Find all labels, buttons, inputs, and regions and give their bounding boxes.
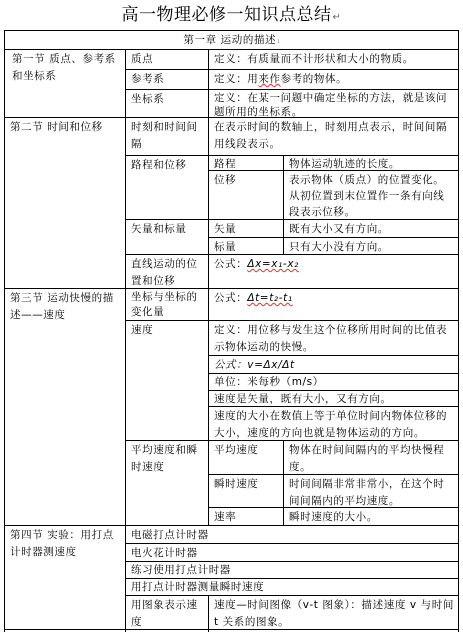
document-title: 高一物理必修一知识点总结↵ (0, 4, 463, 29)
experiment-item[interactable]: 电火花计时器 (125, 543, 459, 562)
section-label-1[interactable]: 第一节 质点、参考系和坐标系 (4, 49, 126, 118)
topic-cell[interactable]: 质点 (125, 49, 209, 70)
formula: Δt=t₂-t₁ (247, 292, 292, 304)
chapter-heading[interactable]: 第一章 运动的描述₁ (4, 30, 459, 50)
experiment-item[interactable]: 用打点计时器测量瞬时速度 (125, 578, 459, 596)
content-cell[interactable]: 定义：有质量而不计形状和大小的物质。 (208, 49, 459, 70)
formula: 公式：v=Δx/Δt (214, 359, 295, 371)
section-label-3[interactable]: 第三节 运动快慢的描述——速度 (4, 288, 126, 526)
knowledge-table: 第一章 运动的描述₁ 第一节 质点、参考系和坐标系 质点 定义：有质量而不计形状… (4, 30, 459, 632)
section-label-2[interactable]: 第二节 时间和位移 (4, 117, 126, 289)
topic-cell[interactable]: 参考系 (125, 69, 209, 90)
content-cell[interactable]: 只有大小没有方向。 (283, 237, 459, 255)
term-cell[interactable]: 标量 (208, 237, 284, 255)
formula-cell[interactable]: 公式：Δx=x₁-x₂ (208, 254, 459, 289)
experiment-item[interactable]: 练习使用打点计时器 (125, 561, 459, 579)
term-cell[interactable]: 矢量 (208, 219, 284, 238)
term-cell[interactable]: 速率 (208, 507, 284, 526)
topic-cell[interactable]: 直线运动的位置和位移 (125, 254, 209, 289)
content-cell[interactable]: 定义：用位移与发生这个位移所用时间的比值表示物体运动的快慢。 (208, 320, 459, 356)
content-cell[interactable]: 物体运动轨迹的长度。 (283, 155, 459, 171)
content-cell[interactable]: 单位：米每秒（m/s） (208, 373, 459, 391)
content-cell[interactable]: 定义：在某一问题中确定坐标的方法，就是该问题所用的坐标系。 (208, 89, 459, 118)
formula: Δx=x₁-x₂ (247, 258, 299, 270)
spellcheck-underline: 来作 (258, 73, 280, 85)
term-cell[interactable]: 瞬时速度 (208, 474, 284, 508)
topic-cell[interactable]: 速度 (125, 320, 209, 441)
topic-cell[interactable]: 用图象表示速度 (125, 595, 209, 630)
formula-cell[interactable]: 公式：v=Δx/Δt (208, 355, 459, 374)
content-cell[interactable]: 速度的大小在数值上等于单位时间内物体位移的大小，速度的方向也就是物体运动的方向。 (208, 406, 459, 441)
content-cell[interactable]: 既有大小又有方向。 (283, 219, 459, 238)
term-cell[interactable]: 位移 (208, 170, 284, 220)
formula-cell[interactable]: 公式：Δt=t₂-t₁ (208, 288, 459, 321)
experiment-item[interactable]: 电磁打点计时器 (125, 525, 459, 544)
term-cell[interactable]: 平均速度 (208, 440, 284, 475)
topic-cell[interactable]: 坐标系 (125, 89, 209, 118)
content-cell[interactable]: 速度—时间图像（v-t 图象）：描述速度 v 与时间 t 关系的图象。 (208, 595, 459, 630)
content-cell[interactable]: 时间间隔非常非常小，在这个时间间隔内的平均速度。 (283, 474, 459, 508)
section-label-4[interactable]: 第四节 实验：用打点计时器测速度 (4, 525, 126, 630)
topic-cell[interactable]: 时刻和时间间隔 (125, 117, 209, 156)
topic-cell[interactable]: 平均速度和瞬时速度 (125, 440, 209, 526)
topic-cell[interactable]: 矢量和标量 (125, 219, 209, 255)
paragraph-mark-icon: ↵ (333, 12, 342, 23)
content-cell[interactable]: 在表示时间的数轴上，时刻用点表示，时间间隔用线段表示。 (208, 117, 459, 156)
content-cell[interactable]: 定义：用来作参考的物体。 (208, 69, 459, 90)
topic-cell[interactable]: 坐标与坐标的变化量 (125, 288, 209, 321)
cell-mark-icon: ₁ (277, 37, 280, 45)
content-cell[interactable]: 物体在时间间隔内的平均快慢程度。 (283, 440, 459, 475)
content-cell[interactable]: 速度是矢量，既有大小，又有方向。 (208, 390, 459, 407)
content-cell[interactable]: 表示物体（质点）的位置变化。从初位置到末位置作一条有向线段表示位移。 (283, 170, 459, 220)
term-cell[interactable]: 路程 (208, 155, 284, 171)
topic-cell[interactable]: 路程和位移 (125, 155, 209, 220)
content-cell[interactable]: 瞬时速度的大小。 (283, 507, 459, 526)
